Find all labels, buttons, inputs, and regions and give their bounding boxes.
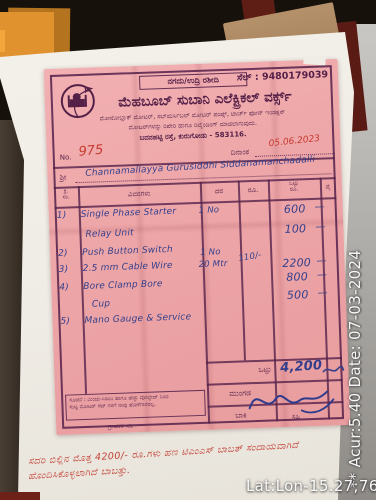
row-paise: — xyxy=(316,255,327,266)
customer-sign-label: ಗ್ರಾಹಕರ ಸಹಿ xyxy=(108,422,133,431)
torn-corner xyxy=(303,56,326,66)
row-sl: 4) xyxy=(59,282,69,292)
row-sl: 5) xyxy=(60,316,70,326)
col-header-paise: ಪೈ xyxy=(320,183,336,192)
gps-stamp-latlon: Lat:Lon-15.27;76.79 ** xyxy=(246,477,376,495)
row-details: 2.5 mm Cable Wire xyxy=(83,261,173,274)
row-amount: 2200 xyxy=(270,256,322,271)
signature xyxy=(243,377,338,420)
row-details: Single Phase Starter xyxy=(81,207,177,220)
row-details: Push Button Switch xyxy=(82,245,173,258)
row-paise: — xyxy=(314,202,325,213)
row-amount: 500 xyxy=(272,288,324,303)
row-details: Bore Clamp Bore xyxy=(83,279,163,292)
photo-of-receipt: ನಗದು/ಉದ್ರಿ ರಶೀದಿ ಸೆಲ್ : 9480179039 ಮೆಹಬೂ… xyxy=(0,0,376,500)
row-amount: 100 xyxy=(269,222,321,237)
row-sl: 1) xyxy=(57,211,67,221)
row-details: Relay Unit xyxy=(85,228,134,240)
row-sl: 2) xyxy=(58,249,68,259)
col-header-slno-2: ಸಂ. xyxy=(62,194,69,200)
row-amount: 800 xyxy=(271,270,323,285)
orange-paper-note xyxy=(0,12,54,58)
col-header-rate: ದರ xyxy=(201,187,237,197)
row-qty: 1 No xyxy=(199,205,220,216)
bottom-red-sliver xyxy=(0,492,40,500)
col-header-slno: ಕ್ರ. ಸಂ. xyxy=(55,188,77,201)
sri-label: ಶ್ರೀ xyxy=(59,173,66,183)
row-paise: — xyxy=(317,287,328,298)
row-paise: — xyxy=(317,269,328,280)
date-label: ದಿನಾಂಕ xyxy=(231,147,250,158)
receipt-no-label: No. xyxy=(60,153,72,161)
col-header-total: ಒಟ್ಟು ರೂ. xyxy=(269,180,319,194)
receipt-paper: ನಗದು/ಉದ್ರಿ ರಶೀದಿ ಸೆಲ್ : 9480179039 ಮೆಹಬೂ… xyxy=(44,59,351,435)
col-header-total-2: ರೂ. xyxy=(290,186,299,192)
total-flourish xyxy=(322,363,344,376)
phone-value: 9480179039 xyxy=(262,69,328,82)
sign-label: ಸಹಿ xyxy=(292,413,300,422)
row-sl: 3) xyxy=(59,265,69,275)
row-qty: 1 No xyxy=(200,247,221,258)
row-qty: 20 Mtr xyxy=(198,259,227,270)
row-details: Cup xyxy=(92,299,111,310)
notice-box: ಸೂಚನೆ : ಮಿಂಚು-ಸಿಡಿಲು ಹಾಗೂ ಹೆಚ್ಚು ವೋಲ್ಟೇಜ… xyxy=(65,390,206,421)
row-amount: 600 xyxy=(269,202,321,217)
row-paise: — xyxy=(315,222,326,233)
gps-stamp-side: ** Acur:5.40 Date: 07-03-2024 xyxy=(346,148,372,488)
phone-label: ಸೆಲ್ : xyxy=(237,72,259,84)
col-header-rs: ರೂ. xyxy=(239,186,267,196)
receipt-no-value: 975 xyxy=(78,143,104,160)
orange-paper-sliver xyxy=(0,30,5,52)
